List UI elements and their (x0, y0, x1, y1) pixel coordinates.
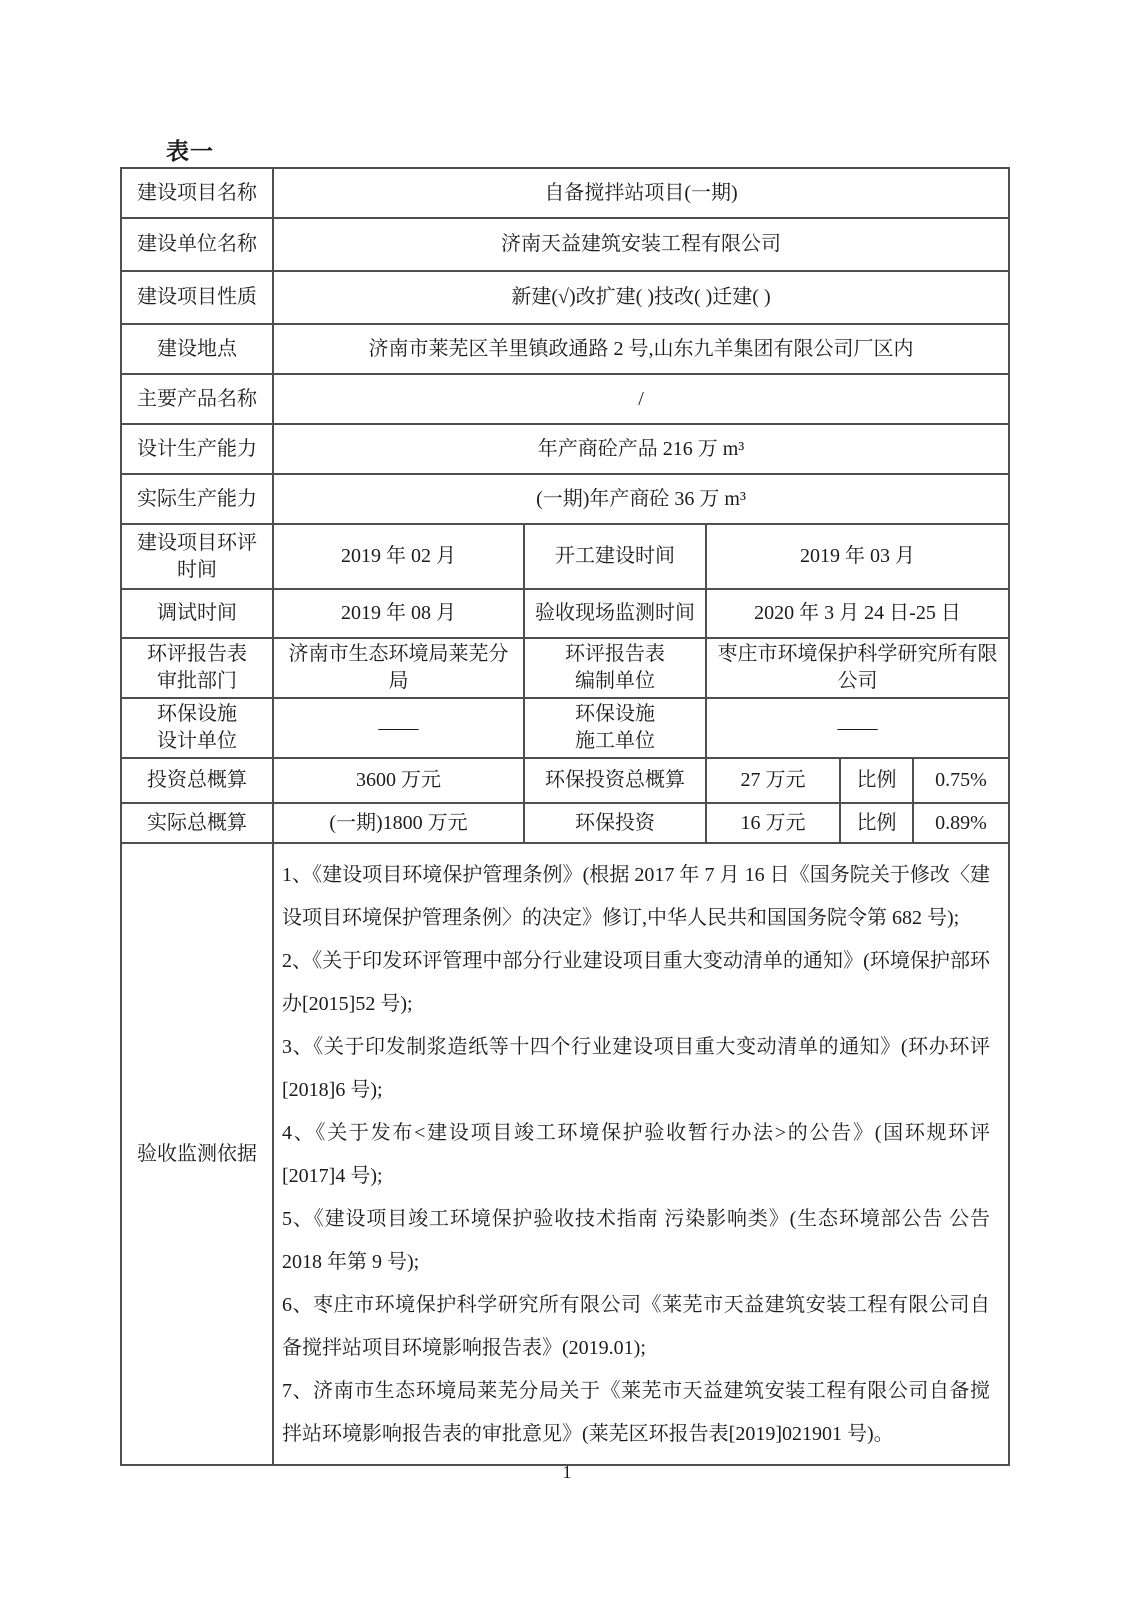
table-row: 验收监测依据 1、《建设项目环境保护管理条例》(根据 2017 年 7 月 16… (121, 843, 1009, 1465)
eia-time-value: 2019 年 02 月 (273, 524, 524, 589)
basis-item-5: 5、《建设项目竣工环境保护验收技术指南 污染影响类》(生态环境部公告 公告 20… (282, 1198, 990, 1284)
table-row: 投资总概算 3600 万元 环保投资总概算 27 万元 比例 0.75% (121, 758, 1009, 803)
table-row: 建设项目性质 新建(√)改扩建( )技改( )迁建( ) (121, 271, 1009, 324)
design-capacity-label: 设计生产能力 (121, 424, 273, 474)
ratio-label: 比例 (840, 803, 913, 843)
eia-approval-dept-label: 环评报告表 审批部门 (121, 638, 273, 698)
project-nature-label: 建设项目性质 (121, 271, 273, 324)
total-budget-value: 3600 万元 (273, 758, 524, 803)
construction-start-value: 2019 年 03 月 (706, 524, 1009, 589)
table-row: 主要产品名称 / (121, 374, 1009, 424)
monitoring-time-value: 2020 年 3 月 24 日-25 日 (706, 589, 1009, 638)
env-construction-unit-value: —— (706, 698, 1009, 758)
company-name-value: 济南天益建筑安装工程有限公司 (273, 218, 1009, 271)
env-design-unit-value: —— (273, 698, 524, 758)
table-row: 环保设施 设计单位 —— 环保设施 施工单位 —— (121, 698, 1009, 758)
monitoring-basis-label: 验收监测依据 (121, 843, 273, 1465)
design-capacity-value: 年产商砼产品 216 万 m³ (273, 424, 1009, 474)
table-row: 实际生产能力 (一期)年产商砼 36 万 m³ (121, 474, 1009, 524)
table-row: 建设项目环评 时间 2019 年 02 月 开工建设时间 2019 年 03 月 (121, 524, 1009, 589)
actual-budget-value: (一期)1800 万元 (273, 803, 524, 843)
location-label: 建设地点 (121, 324, 273, 374)
table-row: 设计生产能力 年产商砼产品 216 万 m³ (121, 424, 1009, 474)
table-row: 建设项目名称 自备搅拌站项目(一期) (121, 168, 1009, 218)
basis-item-3: 3、《关于印发制浆造纸等十四个行业建设项目重大变动清单的通知》(环办环评[201… (282, 1026, 990, 1112)
trial-time-value: 2019 年 08 月 (273, 589, 524, 638)
table-row: 环评报告表 审批部门 济南市生态环境局莱芜分局 环评报告表 编制单位 枣庄市环境… (121, 638, 1009, 698)
monitoring-basis-content: 1、《建设项目环境保护管理条例》(根据 2017 年 7 月 16 日《国务院关… (273, 843, 1009, 1465)
basis-item-1: 1、《建设项目环境保护管理条例》(根据 2017 年 7 月 16 日《国务院关… (282, 854, 990, 940)
eia-time-label: 建设项目环评 时间 (121, 524, 273, 589)
table-row: 建设单位名称 济南天益建筑安装工程有限公司 (121, 218, 1009, 271)
main-product-label: 主要产品名称 (121, 374, 273, 424)
env-budget-label: 环保投资总概算 (524, 758, 706, 803)
env-construction-unit-label: 环保设施 施工单位 (524, 698, 706, 758)
env-budget-value: 27 万元 (706, 758, 840, 803)
table-row: 实际总概算 (一期)1800 万元 环保投资 16 万元 比例 0.89% (121, 803, 1009, 843)
eia-approval-dept-value: 济南市生态环境局莱芜分局 (273, 638, 524, 698)
company-name-label: 建设单位名称 (121, 218, 273, 271)
eia-compiler-value: 枣庄市环境保护科学研究所有限公司 (706, 638, 1009, 698)
page-number: 1 (552, 1462, 582, 1483)
basis-item-7: 7、济南市生态环境局莱芜分局关于《莱芜市天益建筑安装工程有限公司自备搅拌站环境影… (282, 1370, 990, 1456)
env-investment-label: 环保投资 (524, 803, 706, 843)
ratio-label: 比例 (840, 758, 913, 803)
actual-capacity-label: 实际生产能力 (121, 474, 273, 524)
construction-start-label: 开工建设时间 (524, 524, 706, 589)
main-product-value: / (273, 374, 1009, 424)
location-value: 济南市莱芜区羊里镇政通路 2 号,山东九羊集团有限公司厂区内 (273, 324, 1009, 374)
project-name-label: 建设项目名称 (121, 168, 273, 218)
env-design-unit-label: 环保设施 设计单位 (121, 698, 273, 758)
actual-budget-label: 实际总概算 (121, 803, 273, 843)
table-row: 调试时间 2019 年 08 月 验收现场监测时间 2020 年 3 月 24 … (121, 589, 1009, 638)
project-nature-value: 新建(√)改扩建( )技改( )迁建( ) (273, 271, 1009, 324)
actual-capacity-value: (一期)年产商砼 36 万 m³ (273, 474, 1009, 524)
total-budget-label: 投资总概算 (121, 758, 273, 803)
project-info-table: 建设项目名称 自备搅拌站项目(一期) 建设单位名称 济南天益建筑安装工程有限公司… (120, 167, 1010, 1466)
ratio-value: 0.89% (913, 803, 1009, 843)
table-row: 建设地点 济南市莱芜区羊里镇政通路 2 号,山东九羊集团有限公司厂区内 (121, 324, 1009, 374)
env-investment-value: 16 万元 (706, 803, 840, 843)
table-title: 表一 (166, 133, 214, 166)
basis-item-4: 4、《关于发布<建设项目竣工环境保护验收暂行办法>的公告》(国环规环评[2017… (282, 1112, 990, 1198)
basis-item-2: 2、《关于印发环评管理中部分行业建设项目重大变动清单的通知》(环境保护部环办[2… (282, 940, 990, 1026)
project-name-value: 自备搅拌站项目(一期) (273, 168, 1009, 218)
basis-item-6: 6、枣庄市环境保护科学研究所有限公司《莱芜市天益建筑安装工程有限公司自备搅拌站项… (282, 1284, 990, 1370)
monitoring-time-label: 验收现场监测时间 (524, 589, 706, 638)
eia-compiler-label: 环评报告表 编制单位 (524, 638, 706, 698)
ratio-value: 0.75% (913, 758, 1009, 803)
trial-time-label: 调试时间 (121, 589, 273, 638)
document-page: 表一 建设项目名称 自备搅拌站项目(一期) 建设单位名称 济南天益建筑安装工程有… (0, 0, 1129, 1600)
